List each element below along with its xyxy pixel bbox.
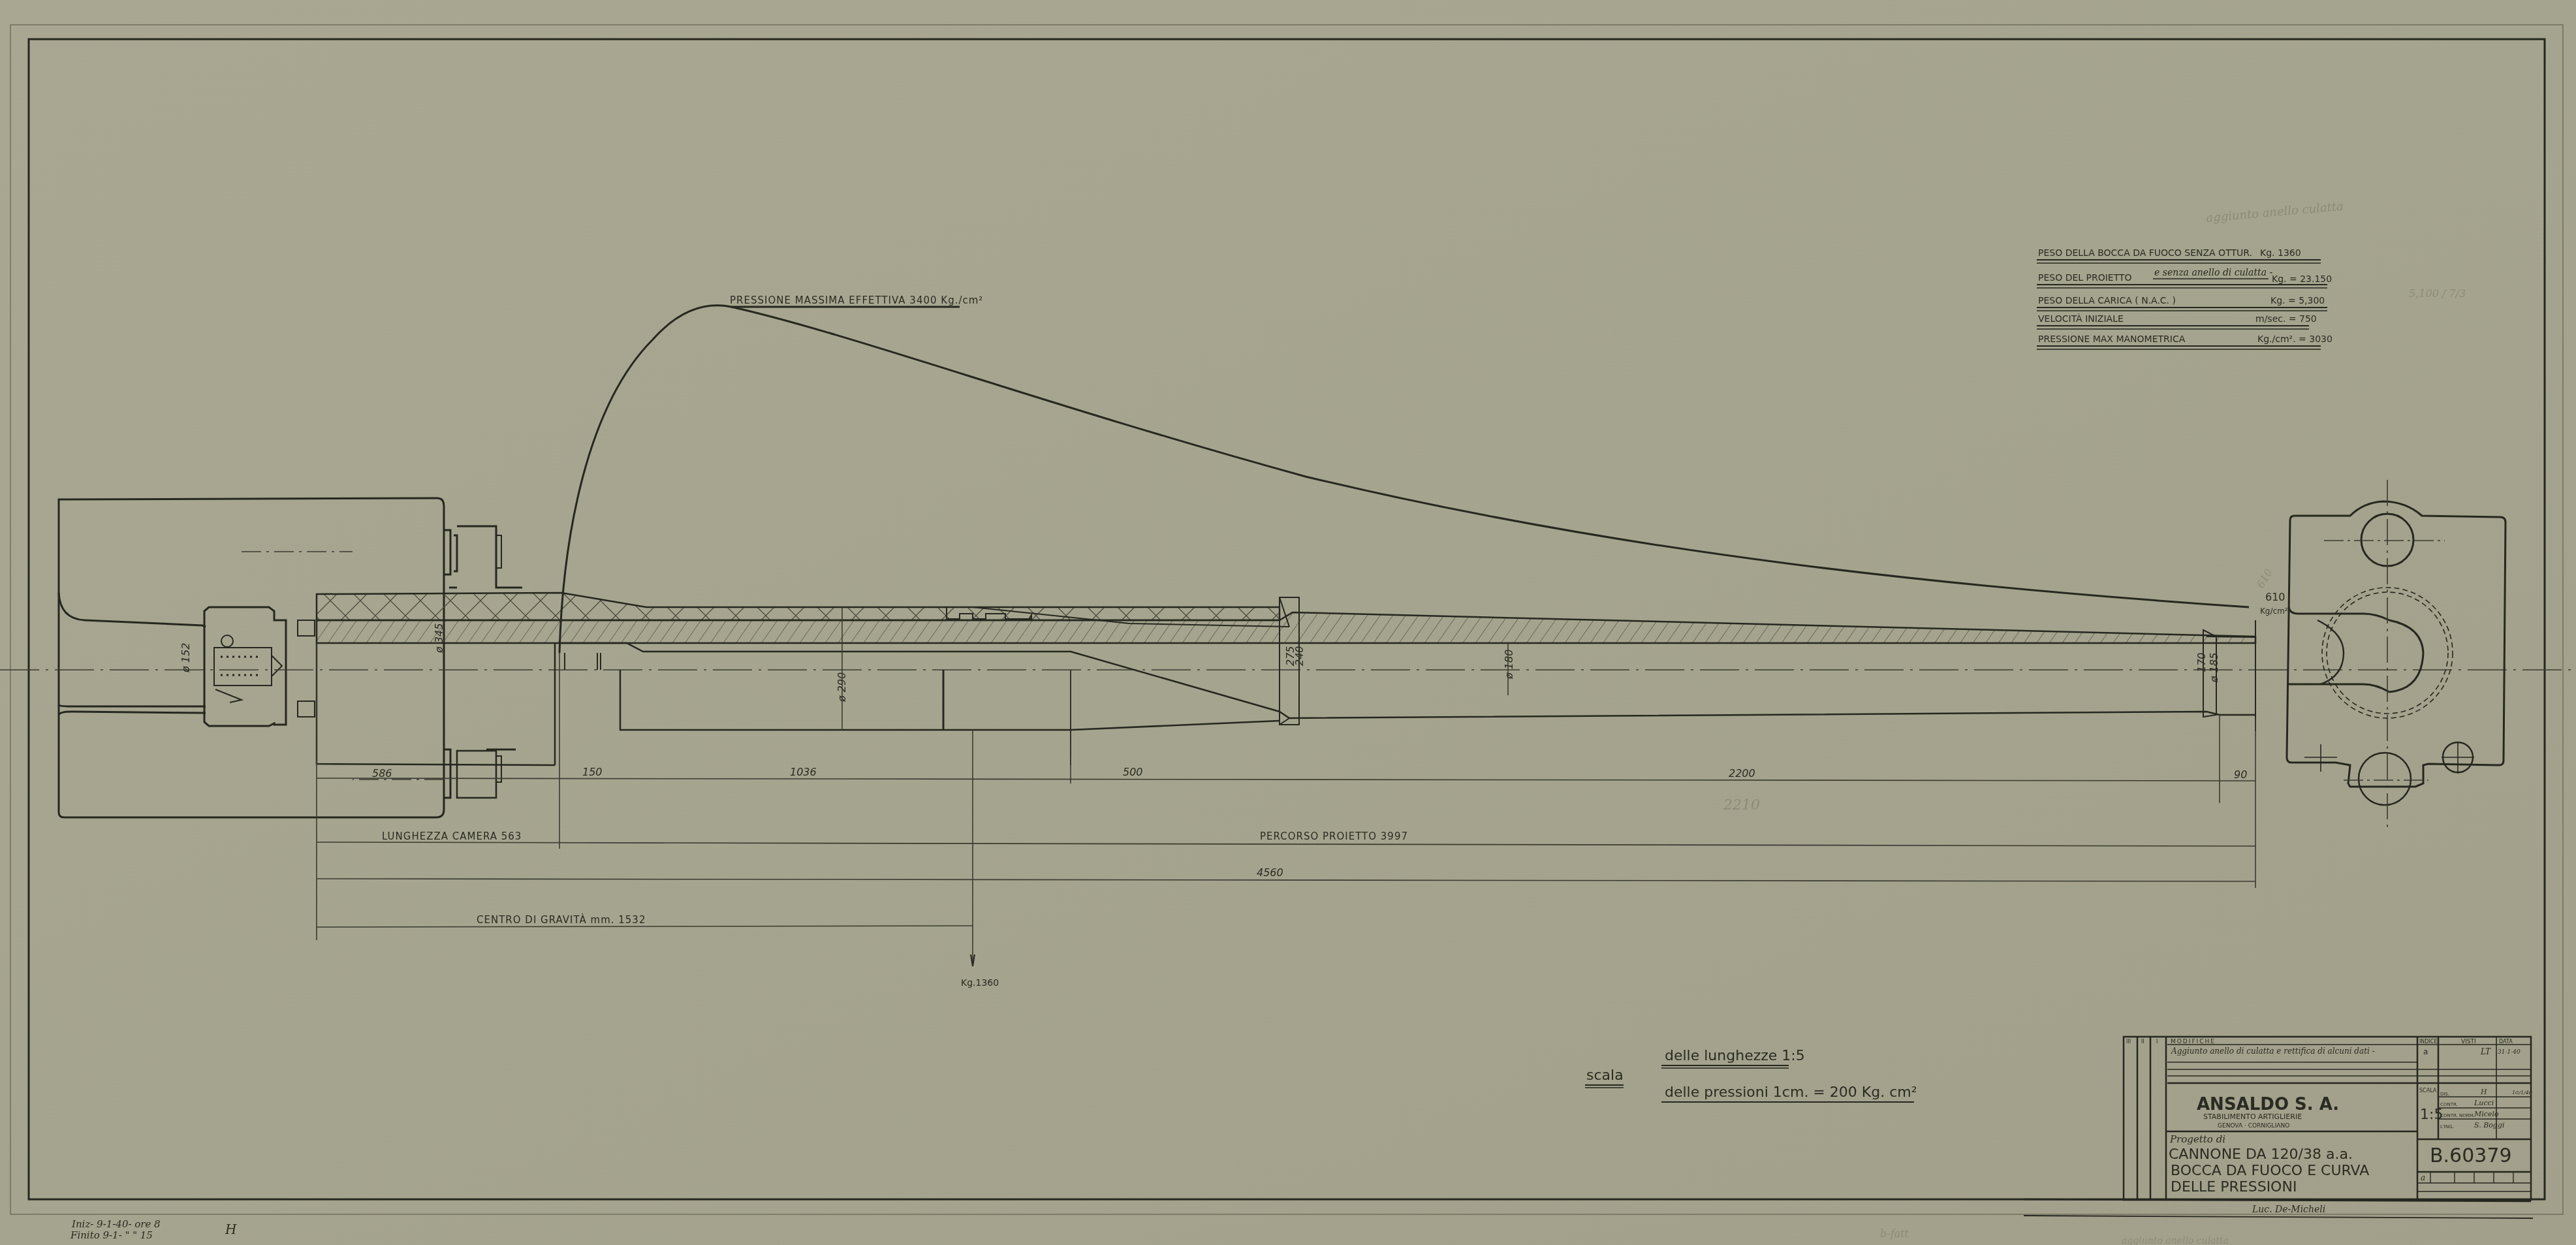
svg-text:2200: 2200 xyxy=(1729,767,1755,780)
svg-text:Aggiunto anello di culatta e r: Aggiunto anello di culatta e rettifica d… xyxy=(2171,1047,2375,1056)
drawing-title-line-3: DELLE PRESSIONI xyxy=(2171,1179,2297,1195)
svg-text:Lucci: Lucci xyxy=(2474,1099,2494,1107)
end-pressure-unit: Kg/cm² xyxy=(2260,607,2288,616)
peak-pressure-label: PRESSIONE MASSIMA EFFETTIVA 3400 Kg./cm² xyxy=(730,294,983,306)
svg-text:VELOCITÀ INIZIALE: VELOCITÀ INIZIALE xyxy=(2038,313,2124,324)
drawing-title-line-1: CANNONE DA 120/38 a.a. xyxy=(2169,1146,2353,1163)
svg-text:10/1/40: 10/1/40 xyxy=(2512,1090,2532,1095)
svg-text:III: III xyxy=(2126,1039,2131,1045)
svg-text:Progetto di: Progetto di xyxy=(2169,1133,2225,1145)
svg-text:SCALA: SCALA xyxy=(2419,1088,2437,1094)
svg-text:PRESSIONE MAX MANOMETRICA: PRESSIONE MAX MANOMETRICA xyxy=(2038,334,2186,345)
svg-text:4560: 4560 xyxy=(1257,866,1283,879)
svg-text:delle lunghezze 1:5: delle lunghezze 1:5 xyxy=(1665,1048,1805,1064)
svg-text:MODIFICHE: MODIFICHE xyxy=(2171,1039,2216,1045)
svg-text:e senza anello di culatta -: e senza anello di culatta - xyxy=(2154,268,2272,278)
svg-text:VISTI: VISTI xyxy=(2461,1039,2476,1045)
svg-text:CONTR. NORM.: CONTR. NORM. xyxy=(2440,1113,2475,1118)
svg-text:ø 185: ø 185 xyxy=(2208,653,2220,683)
svg-text:INDICE: INDICE xyxy=(2419,1039,2438,1045)
svg-text:b-fatt: b-fatt xyxy=(1880,1227,1909,1240)
svg-text:STABILIMENTO ARTIGLIERIE: STABILIMENTO ARTIGLIERIE xyxy=(2203,1112,2302,1121)
svg-text:aggiunto anello culatta: aggiunto anello culatta xyxy=(2122,1236,2229,1245)
company-name: ANSALDO S. A. xyxy=(2197,1095,2339,1114)
svg-text:I: I xyxy=(2156,1039,2158,1045)
svg-text:LUNGHEZZA CAMERA 563: LUNGHEZZA CAMERA 563 xyxy=(382,830,522,842)
svg-text:PESO DELLA BOCCA DA FUOCO SEN: PESO DELLA BOCCA DA FUOCO SENZA OTTUR. xyxy=(2038,248,2252,259)
svg-text:Kg.1360: Kg.1360 xyxy=(961,978,999,988)
svg-text:ø 345: ø 345 xyxy=(433,623,445,654)
svg-text:a: a xyxy=(2421,1173,2425,1182)
svg-text:500: 500 xyxy=(1123,766,1143,778)
svg-text:Kg. = 5,300: Kg. = 5,300 xyxy=(2270,296,2325,306)
svg-text:GENOVA · CORNIGLIANO: GENOVA · CORNIGLIANO xyxy=(2218,1123,2289,1129)
svg-text:H: H xyxy=(2480,1088,2487,1096)
svg-text:Kg./cm². = 3030: Kg./cm². = 3030 xyxy=(2257,334,2333,345)
svg-text:586: 586 xyxy=(372,767,392,780)
svg-text:a: a xyxy=(2423,1047,2428,1056)
svg-text:delle pressioni 1cm. = 200 Kg: delle pressioni 1cm. = 200 Kg. cm² xyxy=(1665,1084,1917,1101)
svg-text:Iniz- 9-1-40- ore 8: Iniz- 9-1-40- ore 8 xyxy=(71,1218,161,1230)
svg-text:Kg. 1360: Kg. 1360 xyxy=(2260,248,2301,259)
svg-text:LT: LT xyxy=(2480,1047,2491,1056)
svg-text:170: 170 xyxy=(2195,652,2208,672)
end-pressure-value: 610 xyxy=(2265,591,2285,603)
svg-text:90: 90 xyxy=(2234,768,2247,781)
draftsman-signature: Luc. De-Micheli xyxy=(2252,1205,2325,1215)
svg-text:ø 152: ø 152 xyxy=(180,643,192,673)
svg-text:PERCORSO PROIETTO 3997: PERCORSO PROIETTO 3997 xyxy=(1260,830,1408,842)
svg-text:Kg. = 23.150: Kg. = 23.150 xyxy=(2272,274,2332,285)
svg-text:CENTRO DI GRAVITÀ mm. 1532: CENTRO DI GRAVITÀ mm. 1532 xyxy=(477,913,646,926)
svg-text:31-1-40: 31-1-40 xyxy=(2498,1049,2521,1056)
svg-text:ø 180: ø 180 xyxy=(1503,650,1515,680)
drawing-number: B.60379 xyxy=(2430,1144,2512,1167)
svg-text:L'ING.: L'ING. xyxy=(2440,1124,2454,1129)
drawing-title-line-2: BOCCA DA FUOCO E CURVA xyxy=(2171,1163,2369,1179)
svg-text:PESO DEL PROIETTO: PESO DEL PROIETTO xyxy=(2038,273,2132,283)
svg-text:DATA: DATA xyxy=(2499,1039,2513,1045)
svg-text:CONTR.: CONTR. xyxy=(2440,1102,2458,1107)
svg-text:DIS.: DIS. xyxy=(2440,1092,2449,1097)
svg-text:1036: 1036 xyxy=(790,766,817,778)
svg-text:S. Boggi: S. Boggi xyxy=(2474,1121,2504,1129)
svg-text:m/sec. = 750: m/sec. = 750 xyxy=(2255,314,2317,324)
svg-text:scala: scala xyxy=(1586,1067,1624,1084)
svg-text:5,100 / 7/3: 5,100 / 7/3 xyxy=(2409,287,2466,300)
svg-text:2210: 2210 xyxy=(1723,797,1760,813)
svg-text:240: 240 xyxy=(1293,646,1306,666)
svg-text:H: H xyxy=(225,1221,237,1237)
svg-text:II: II xyxy=(2141,1039,2144,1045)
svg-text:150: 150 xyxy=(582,766,603,778)
technical-drawing-sheet: PRESSIONE MASSIMA EFFETTIVA 3400 Kg./cm²… xyxy=(0,0,2576,1245)
svg-text:PESO DELLA CARICA ( N.A.C. ): PESO DELLA CARICA ( N.A.C. ) xyxy=(2038,296,2176,306)
svg-text:Micelo: Micelo xyxy=(2474,1110,2499,1118)
svg-text:Finito 9-1- " " 15: Finito 9-1- " " 15 xyxy=(70,1229,153,1241)
